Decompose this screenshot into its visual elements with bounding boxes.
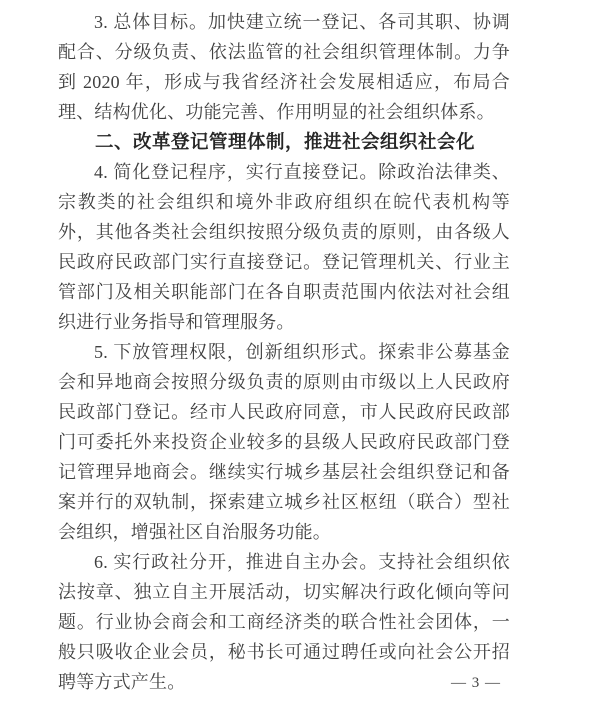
scanned-document-page: 3. 总体目标。加快建立统一登记、各司其职、协调配合、分级负责、依法监管的社会组…	[0, 0, 600, 703]
paragraph-item-5-delegate-authority: 5. 下放管理权限，创新组织形式。探索非公募基金会和异地商会按照分级负责的原则由…	[58, 337, 510, 547]
section-heading-2: 二、改革登记管理体制，推进社会组织社会化	[58, 127, 510, 157]
paragraph-item-6-separate-govt-society: 6. 实行政社分开，推进自主办会。支持社会组织依法按章、独立自主开展活动，切实解…	[58, 547, 510, 697]
page-number: — 3 —	[451, 673, 501, 693]
paragraph-item-4-simplify-registration: 4. 简化登记程序，实行直接登记。除政治法律类、宗教类的社会组织和境外非政府组织…	[58, 157, 510, 337]
paragraph-item-3-overall-goals: 3. 总体目标。加快建立统一登记、各司其职、协调配合、分级负责、依法监管的社会组…	[58, 7, 510, 127]
document-body: 3. 总体目标。加快建立统一登记、各司其职、协调配合、分级负责、依法监管的社会组…	[58, 7, 510, 697]
